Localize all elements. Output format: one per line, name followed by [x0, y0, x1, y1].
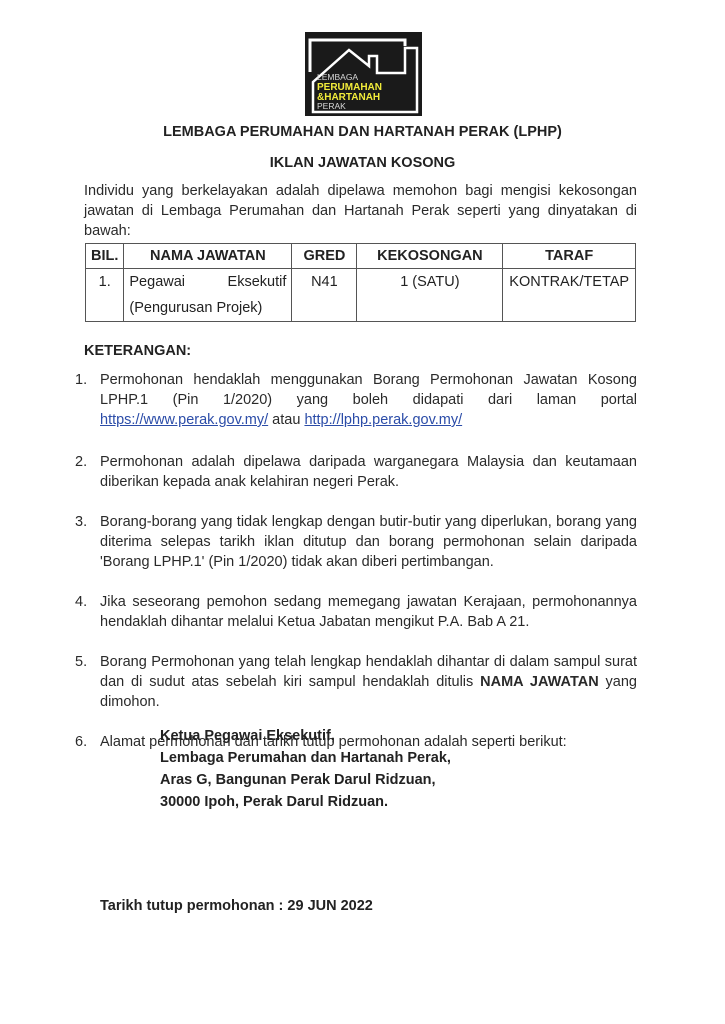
- cell-kekosongan: 1 (SATU): [357, 269, 503, 322]
- vacancy-table: BIL. NAMA JAWATAN GRED KEKOSONGAN TARAF …: [85, 243, 636, 322]
- address-line: 30000 Ipoh, Perak Darul Ridzuan.: [160, 791, 451, 813]
- address-line: Lembaga Perumahan dan Hartanah Perak,: [160, 747, 451, 769]
- cell-nama-jawatan: Pegawai Eksekutif (Pengurusan Projek): [124, 269, 292, 322]
- list-item: 1. Permohonan hendaklah menggunakan Bora…: [75, 370, 637, 430]
- header-nama-jawatan: NAMA JAWATAN: [124, 244, 292, 269]
- document-title: IKLAN JAWATAN KOSONG: [0, 155, 725, 171]
- nama-word-1: Pegawai: [129, 269, 185, 295]
- list-item: 5. Borang Permohonan yang telah lengkap …: [75, 652, 637, 712]
- table-header-row: BIL. NAMA JAWATAN GRED KEKOSONGAN TARAF: [86, 244, 636, 269]
- intro-paragraph: Individu yang berkelayakan adalah dipela…: [84, 181, 637, 241]
- bold-nama-jawatan: NAMA JAWATAN: [480, 674, 599, 690]
- cell-gred: N41: [292, 269, 357, 322]
- header-bil: BIL.: [86, 244, 124, 269]
- svg-text:PERAK: PERAK: [317, 101, 346, 111]
- lphp-portal-link[interactable]: http://lphp.perak.gov.my/: [304, 412, 462, 428]
- lphp-logo: LEMBAGA PERUMAHAN &HARTANAH PERAK: [305, 32, 422, 116]
- header-taraf: TARAF: [503, 244, 636, 269]
- cell-bil: 1.: [86, 269, 124, 322]
- notes-list: 1. Permohonan hendaklah menggunakan Bora…: [75, 370, 637, 772]
- table-row: 1. Pegawai Eksekutif (Pengurusan Projek)…: [86, 269, 636, 322]
- nama-word-2: Eksekutif: [228, 269, 287, 295]
- nama-line-2: (Pengurusan Projek): [129, 295, 286, 321]
- closing-date: Tarikh tutup permohonan : 29 JUN 2022: [100, 898, 373, 914]
- header-kekosongan: KEKOSONGAN: [357, 244, 503, 269]
- perak-portal-link[interactable]: https://www.perak.gov.my/: [100, 412, 268, 428]
- mailing-address: Ketua Pegawai Eksekutif, Lembaga Perumah…: [160, 725, 451, 813]
- list-item: 4. Jika seseorang pemohon sedang memegan…: [75, 592, 637, 632]
- cell-taraf: KONTRAK/TETAP: [503, 269, 636, 322]
- house-logo-icon: LEMBAGA PERUMAHAN &HARTANAH PERAK: [305, 32, 422, 116]
- svg-text:LEMBAGA: LEMBAGA: [317, 72, 358, 82]
- address-line: Ketua Pegawai Eksekutif,: [160, 725, 451, 747]
- address-line: Aras G, Bangunan Perak Darul Ridzuan,: [160, 769, 451, 791]
- notes-heading: KETERANGAN:: [84, 343, 191, 359]
- organization-title: LEMBAGA PERUMAHAN DAN HARTANAH PERAK (LP…: [0, 124, 725, 140]
- list-item: 3. Borang-borang yang tidak lengkap deng…: [75, 512, 637, 572]
- header-gred: GRED: [292, 244, 357, 269]
- list-item: 2. Permohonan adalah dipelawa daripada w…: [75, 452, 637, 492]
